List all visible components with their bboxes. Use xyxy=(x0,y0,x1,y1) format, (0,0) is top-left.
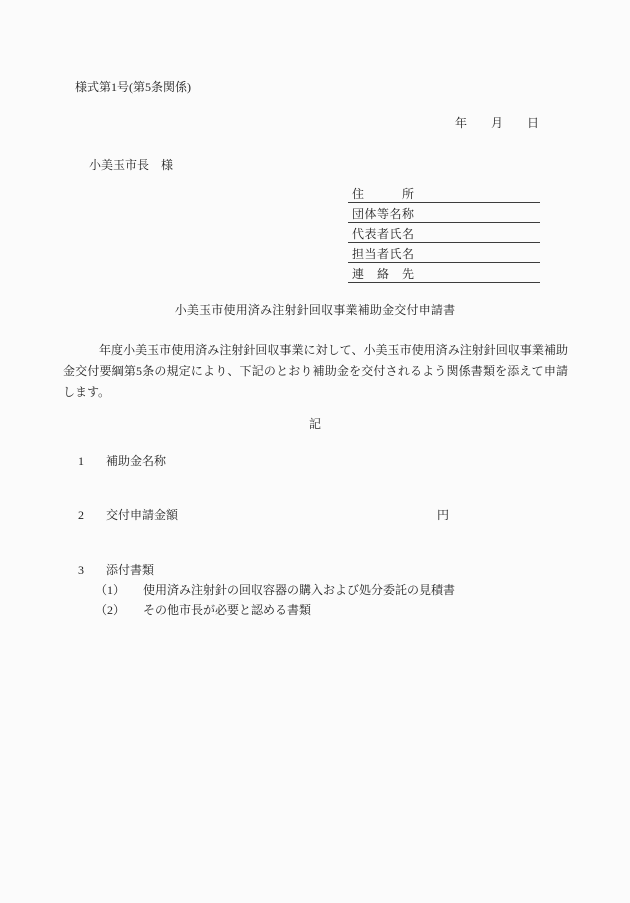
record-mark: 記 xyxy=(0,416,630,432)
date-day-label: 日 xyxy=(527,115,539,131)
field-label-address: 住所 xyxy=(352,186,414,202)
field-label-organization-name: 団体等名称 xyxy=(352,206,414,222)
yen-unit-label: 円 xyxy=(437,507,449,523)
date-year-label: 年 xyxy=(455,115,467,131)
item-1-label: 補助金名称 xyxy=(106,454,166,468)
field-row-address: 住所 xyxy=(348,183,540,203)
form-number: 様式第1号(第5条関係) xyxy=(75,79,191,95)
field-row-contact-person-name: 担当者氏名 xyxy=(348,243,540,263)
item-2-label: 交付申請金額 xyxy=(106,508,178,522)
attachment-1-text: 使用済み注射針の回収容器の購入および処分委託の見積書 xyxy=(143,583,455,597)
attachment-2-number: （2） xyxy=(95,602,140,618)
item-subsidy-name: 1 補助金名称 xyxy=(78,453,166,469)
document-title: 小美玉市使用済み注射針回収事業補助金交付申請書 xyxy=(0,302,630,318)
attachment-item-1: （1） 使用済み注射針の回収容器の購入および処分委託の見積書 xyxy=(95,582,455,598)
addressee: 小美玉市長 様 xyxy=(89,157,173,173)
attachment-1-number: （1） xyxy=(95,582,140,598)
field-label-representative-name: 代表者氏名 xyxy=(352,226,414,242)
field-label-contact-info: 連絡先 xyxy=(352,266,414,282)
item-application-amount: 2 交付申請金額 xyxy=(78,507,178,523)
field-row-contact-info: 連絡先 xyxy=(348,263,540,283)
date-line: 年 月 日 xyxy=(455,115,539,131)
item-2-number: 2 xyxy=(78,507,103,523)
attachment-item-2: （2） その他市長が必要と認める書類 xyxy=(95,602,311,618)
field-row-representative-name: 代表者氏名 xyxy=(348,223,540,243)
field-label-contact-person-name: 担当者氏名 xyxy=(352,246,414,262)
item-attached-documents: 3 添付書類 xyxy=(78,562,154,578)
body-paragraph: 年度小美玉市使用済み注射針回収事業に対して、小美玉市使用済み注射針回収事業補助金… xyxy=(63,340,568,403)
document-page: 様式第1号(第5条関係) 年 月 日 小美玉市長 様 住所 団体等名称 代表者氏… xyxy=(0,0,630,903)
attachment-2-text: その他市長が必要と認める書類 xyxy=(143,603,311,617)
date-month-label: 月 xyxy=(491,115,503,131)
applicant-fields: 住所 団体等名称 代表者氏名 担当者氏名 連絡先 xyxy=(348,183,540,283)
item-1-number: 1 xyxy=(78,453,103,469)
item-3-number: 3 xyxy=(78,562,103,578)
field-row-organization-name: 団体等名称 xyxy=(348,203,540,223)
item-3-label: 添付書類 xyxy=(106,563,154,577)
